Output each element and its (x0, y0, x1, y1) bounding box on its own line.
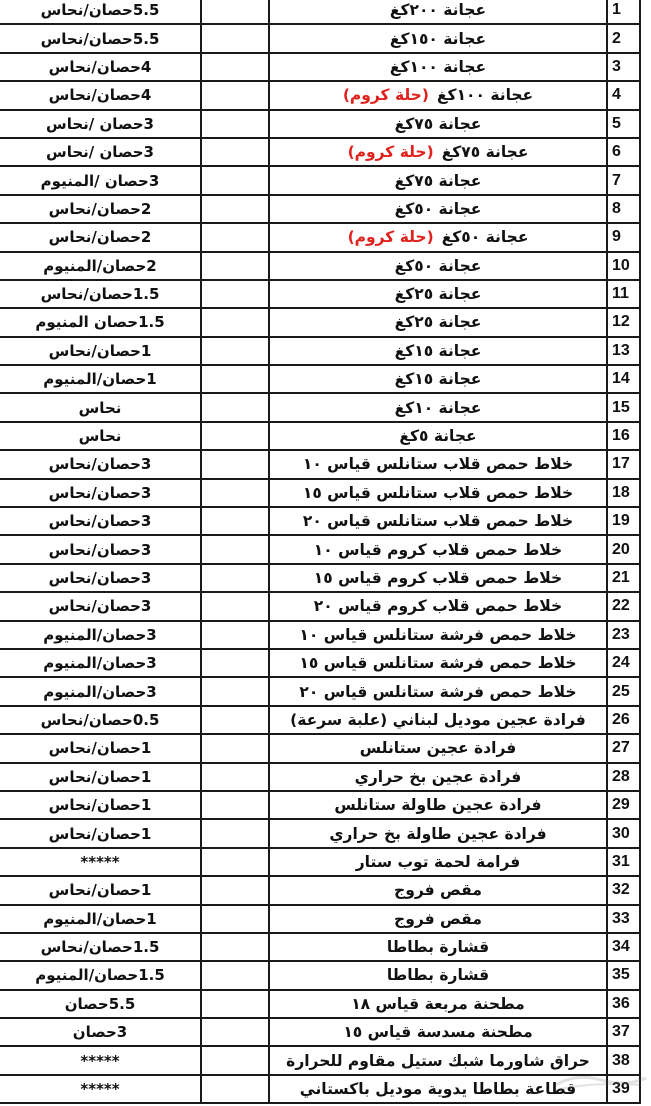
item-cell: عجانة ١٥٠كغ (269, 24, 607, 52)
table-row: 3حصان مطحنة مسدسة قياس ١٥ 37 (0, 1018, 640, 1046)
item-name: خلاط حمص قلاب ستانلس قياس ٢٠ (303, 512, 573, 530)
row-number-cell: 26 (607, 706, 640, 734)
power-material-cell: 3حصان/نحاس (0, 479, 201, 507)
power-material-cell: 5.5حصان/نحاس (0, 24, 201, 52)
power-material-cell: 3حصان /نحاس (0, 138, 201, 166)
item-cell: فرادة عجين طاولة ستانلس (269, 791, 607, 819)
empty-cell (201, 592, 269, 620)
item-name: فرادة عجين ستانلس (360, 739, 516, 757)
row-number-cell: 11 (607, 280, 640, 308)
power-material-cell: 3حصان/نحاس (0, 450, 201, 478)
item-name: فرامة لحمة توب ستار (356, 853, 521, 871)
power-material-cell: 4حصان/نحاس (0, 81, 201, 109)
empty-cell (201, 365, 269, 393)
item-name: عجانة ١٠كغ (395, 399, 482, 417)
item-note: (حلة كروم) (348, 228, 434, 246)
empty-cell (201, 990, 269, 1018)
row-number-cell: 32 (607, 876, 640, 904)
power-material-cell: 5.5حصان/نحاس (0, 0, 201, 24)
empty-cell (201, 166, 269, 194)
empty-cell (201, 422, 269, 450)
item-name: خلاط حمص قلاب كروم قياس ١٥ (314, 569, 562, 587)
item-cell: خلاط حمص قلاب ستانلس قياس ١٥ (269, 479, 607, 507)
row-number-cell: 16 (607, 422, 640, 450)
row-number-cell: 23 (607, 621, 640, 649)
item-name: عجانة ٥٠كغ (442, 228, 529, 246)
item-name: خلاط حمص قلاب كروم قياس ٢٠ (314, 597, 562, 615)
table-row: 1حصان/المنيوم مقص فروج 33 (0, 905, 640, 933)
empty-cell (201, 1075, 269, 1103)
power-material-cell: 1حصان/المنيوم (0, 905, 201, 933)
item-name: قشارة بطاطا (387, 938, 489, 956)
power-material-cell: 2حصان/نحاس (0, 195, 201, 223)
item-name: خلاط حمص قلاب ستانلس قياس ١٠ (303, 455, 573, 473)
row-number-cell: 7 (607, 166, 640, 194)
power-material-cell: 1حصان/نحاس (0, 876, 201, 904)
item-cell: عجانة ٢٥كغ (269, 308, 607, 336)
power-material-cell: 1حصان/نحاس (0, 734, 201, 762)
power-material-cell: 1حصان/نحاس (0, 337, 201, 365)
item-cell: عجانة ٥٠كغ(حلة كروم) (269, 223, 607, 251)
table-row: 5.5حصان مطحنة مربعة قياس ١٨ 36 (0, 990, 640, 1018)
power-material-cell: نحاس (0, 422, 201, 450)
empty-cell (201, 848, 269, 876)
item-name: عجانة ٥٠كغ (395, 200, 482, 218)
table-row: 3حصان/المنيوم خلاط حمص فرشة ستانلس قياس … (0, 649, 640, 677)
table-row: 2حصان/نحاس عجانة ٥٠كغ 8 (0, 195, 640, 223)
item-cell: فرامة لحمة توب ستار (269, 848, 607, 876)
empty-cell (201, 791, 269, 819)
row-number-cell: 35 (607, 961, 640, 989)
table-row: 3حصان/المنيوم خلاط حمص فرشة ستانلس قياس … (0, 621, 640, 649)
table-row: 1حصان/نحاس عجانة ١٥كغ 13 (0, 337, 640, 365)
item-name: قشارة بطاطا (387, 966, 489, 984)
empty-cell (201, 24, 269, 52)
empty-cell (201, 53, 269, 81)
item-note: (حلة كروم) (343, 86, 429, 104)
item-name: خلاط حمص قلاب ستانلس قياس ١٥ (303, 484, 573, 502)
item-cell: فرادة عجين ستانلس (269, 734, 607, 762)
row-number-cell: 33 (607, 905, 640, 933)
item-cell: مقص فروج (269, 905, 607, 933)
table-row: ***** حراق شاورما شبك ستيل مقاوم للحرارة… (0, 1046, 640, 1074)
item-cell: عجانة ٢٥كغ (269, 280, 607, 308)
row-number-cell: 19 (607, 507, 640, 535)
row-number-cell: 30 (607, 819, 640, 847)
item-cell: عجانة ٧٥كغ (269, 166, 607, 194)
row-number-cell: 2 (607, 24, 640, 52)
item-cell: عجانة ١٥كغ (269, 365, 607, 393)
power-material-cell: 3حصان/نحاس (0, 507, 201, 535)
power-material-cell: 3حصان /نحاس (0, 110, 201, 138)
row-number-cell: 28 (607, 763, 640, 791)
table-row: 1.5حصان/نحاس قشارة بطاطا 34 (0, 933, 640, 961)
item-name: عجانة ٧٥كغ (442, 143, 529, 161)
table-row: 1حصان/نحاس مقص فروج 32 (0, 876, 640, 904)
price-list-sheet: 5.5حصان/نحاس عجانة ٢٠٠كغ 1 5.5حصان/نحاس … (0, 0, 641, 1104)
item-name: عجانة ٢٥كغ (395, 313, 482, 331)
empty-cell (201, 706, 269, 734)
empty-cell (201, 649, 269, 677)
item-name: حراق شاورما شبك ستيل مقاوم للحرارة (286, 1052, 590, 1070)
item-name: مقص فروج (394, 881, 482, 899)
row-number-cell: 13 (607, 337, 640, 365)
item-cell: خلاط حمص قلاب كروم قياس ١٥ (269, 564, 607, 592)
power-material-cell: 1.5حصان المنيوم (0, 308, 201, 336)
item-name: مطحنة مربعة قياس ١٨ (351, 995, 525, 1013)
table-row: 3حصان/نحاس خلاط حمص قلاب ستانلس قياس ١٥ … (0, 479, 640, 507)
table-row: ***** فرامة لحمة توب ستار 31 (0, 848, 640, 876)
item-cell: فرادة عجين موديل لبناني (علبة سرعة) (269, 706, 607, 734)
row-number-cell: 25 (607, 677, 640, 705)
row-number-cell: 9 (607, 223, 640, 251)
item-cell: مطحنة مسدسة قياس ١٥ (269, 1018, 607, 1046)
empty-cell (201, 280, 269, 308)
table-row: نحاس عجانة ١٠كغ 15 (0, 393, 640, 421)
empty-cell (201, 961, 269, 989)
empty-cell (201, 223, 269, 251)
empty-cell (201, 81, 269, 109)
item-name: فرادة عجين طاولة ستانلس (334, 796, 541, 814)
empty-cell (201, 1046, 269, 1074)
item-name: فرادة عجين موديل لبناني (علبة سرعة) (290, 711, 586, 729)
power-material-cell: ***** (0, 1046, 201, 1074)
row-number-cell: 34 (607, 933, 640, 961)
row-number-cell: 6 (607, 138, 640, 166)
empty-cell (201, 564, 269, 592)
item-cell: عجانة ٥كغ (269, 422, 607, 450)
empty-cell (201, 308, 269, 336)
table-row: 4حصان/نحاس عجانة ١٠٠كغ(حلة كروم) 4 (0, 81, 640, 109)
item-name: خلاط حمص فرشة ستانلس قياس ٢٠ (299, 683, 576, 701)
power-material-cell: 3حصان/نحاس (0, 592, 201, 620)
row-number-cell: 24 (607, 649, 640, 677)
row-number-cell: 36 (607, 990, 640, 1018)
table-row: 5.5حصان/نحاس عجانة ٢٠٠كغ 1 (0, 0, 640, 24)
empty-cell (201, 110, 269, 138)
power-material-cell: 1حصان/نحاس (0, 791, 201, 819)
empty-cell (201, 535, 269, 563)
power-material-cell: 1حصان/المنيوم (0, 365, 201, 393)
empty-cell (201, 734, 269, 762)
power-material-cell: 4حصان/نحاس (0, 53, 201, 81)
row-number-cell: 5 (607, 110, 640, 138)
empty-cell (201, 1018, 269, 1046)
table-row: 1.5حصان/نحاس عجانة ٢٥كغ 11 (0, 280, 640, 308)
empty-cell (201, 621, 269, 649)
item-name: عجانة ١٠٠كغ (437, 86, 533, 104)
table-row: 1حصان/نحاس فرادة عجين طاولة ستانلس 29 (0, 791, 640, 819)
item-cell: عجانة ٥٠كغ (269, 195, 607, 223)
empty-cell (201, 195, 269, 223)
power-material-cell: 1حصان/نحاس (0, 819, 201, 847)
power-material-cell: 3حصان/المنيوم (0, 649, 201, 677)
row-number-cell: 18 (607, 479, 640, 507)
row-number-cell: 15 (607, 393, 640, 421)
table-row: 3حصان /نحاس عجانة ٧٥كغ(حلة كروم) 6 (0, 138, 640, 166)
item-cell: خلاط حمص قلاب كروم قياس ١٠ (269, 535, 607, 563)
row-number-cell: 10 (607, 252, 640, 280)
table-row: 2حصان/نحاس عجانة ٥٠كغ(حلة كروم) 9 (0, 223, 640, 251)
row-number-cell: 4 (607, 81, 640, 109)
item-cell: عجانة ٧٥كغ(حلة كروم) (269, 138, 607, 166)
item-name: عجانة ٧٥كغ (395, 115, 482, 133)
row-number-cell: 12 (607, 308, 640, 336)
item-cell: عجانة ١٠٠كغ (269, 53, 607, 81)
item-name: عجانة ١٥كغ (395, 342, 482, 360)
row-number-cell: 31 (607, 848, 640, 876)
empty-cell (201, 252, 269, 280)
empty-cell (201, 763, 269, 791)
power-material-cell: 3حصان/نحاس (0, 535, 201, 563)
empty-cell (201, 677, 269, 705)
power-material-cell: ***** (0, 1075, 201, 1103)
table-row: 3حصان/نحاس خلاط حمص قلاب كروم قياس ١٥ 21 (0, 564, 640, 592)
row-number-cell: 8 (607, 195, 640, 223)
item-name: عجانة ٢٠٠كغ (390, 1, 486, 19)
item-name: خلاط حمص فرشة ستانلس قياس ١٠ (299, 626, 576, 644)
item-name: مطحنة مسدسة قياس ١٥ (343, 1023, 532, 1041)
row-number-cell: 14 (607, 365, 640, 393)
item-cell: عجانة ١٥كغ (269, 337, 607, 365)
item-cell: خلاط حمص فرشة ستانلس قياس ١٠ (269, 621, 607, 649)
row-number-cell: 29 (607, 791, 640, 819)
item-name: مقص فروج (394, 910, 482, 928)
power-material-cell: 3حصان/المنيوم (0, 677, 201, 705)
item-name: عجانة ٢٥كغ (395, 285, 482, 303)
power-material-cell: 0.5حصان/نحاس (0, 706, 201, 734)
power-material-cell: نحاس (0, 393, 201, 421)
table-row: 3حصان /المنيوم عجانة ٧٥كغ 7 (0, 166, 640, 194)
table-row: ***** قطاعة بطاطا يدوية موديل باكستاني 3… (0, 1075, 640, 1103)
item-cell: قشارة بطاطا (269, 961, 607, 989)
row-number-cell: 21 (607, 564, 640, 592)
power-material-cell: 3حصان/المنيوم (0, 621, 201, 649)
item-name: خلاط حمص فرشة ستانلس قياس ١٥ (299, 654, 576, 672)
item-cell: مقص فروج (269, 876, 607, 904)
table-row: 4حصان/نحاس عجانة ١٠٠كغ 3 (0, 53, 640, 81)
table-row: 1حصان/نحاس فرادة عجين بخ حراري 28 (0, 763, 640, 791)
item-cell: عجانة ١٠٠كغ(حلة كروم) (269, 81, 607, 109)
item-cell: عجانة ٢٠٠كغ (269, 0, 607, 24)
item-name: عجانة ٧٥كغ (395, 172, 482, 190)
row-number-cell: 17 (607, 450, 640, 478)
power-material-cell: 1.5حصان/نحاس (0, 280, 201, 308)
empty-cell (201, 450, 269, 478)
row-number-cell: 3 (607, 53, 640, 81)
item-note: (حلة كروم) (348, 143, 434, 161)
table-row: 2حصان/المنيوم عجانة ٥٠كغ 10 (0, 252, 640, 280)
power-material-cell: 3حصان /المنيوم (0, 166, 201, 194)
item-cell: خلاط حمص قلاب ستانلس قياس ١٠ (269, 450, 607, 478)
item-name: عجانة ١٥٠كغ (390, 30, 486, 48)
table-row: 3حصان/المنيوم خلاط حمص فرشة ستانلس قياس … (0, 677, 640, 705)
empty-cell (201, 905, 269, 933)
row-number-cell: 22 (607, 592, 640, 620)
power-material-cell: ***** (0, 848, 201, 876)
item-cell: فرادة عجين بخ حراري (269, 763, 607, 791)
empty-cell (201, 337, 269, 365)
watermark-logo-icon (551, 1070, 651, 1092)
power-material-cell: 3حصان/نحاس (0, 564, 201, 592)
table-row: 5.5حصان/نحاس عجانة ١٥٠كغ 2 (0, 24, 640, 52)
row-number-cell: 27 (607, 734, 640, 762)
power-material-cell: 1.5حصان/المنيوم (0, 961, 201, 989)
table-row: 3حصان/نحاس خلاط حمص قلاب كروم قياس ١٠ 20 (0, 535, 640, 563)
item-name: عجانة ١٠٠كغ (390, 58, 486, 76)
item-name: فرادة عجين بخ حراري (355, 768, 522, 786)
table-row: 1حصان/نحاس فرادة عجين طاولة بخ حراري 30 (0, 819, 640, 847)
power-material-cell: 2حصان/المنيوم (0, 252, 201, 280)
item-name: عجانة ١٥كغ (395, 370, 482, 388)
equipment-table: 5.5حصان/نحاس عجانة ٢٠٠كغ 1 5.5حصان/نحاس … (0, 0, 641, 1104)
table-row: 3حصان /نحاس عجانة ٧٥كغ 5 (0, 110, 640, 138)
item-cell: خلاط حمص فرشة ستانلس قياس ٢٠ (269, 677, 607, 705)
item-cell: مطحنة مربعة قياس ١٨ (269, 990, 607, 1018)
item-cell: قشارة بطاطا (269, 933, 607, 961)
item-cell: خلاط حمص قلاب كروم قياس ٢٠ (269, 592, 607, 620)
table-row: 1.5حصان المنيوم عجانة ٢٥كغ 12 (0, 308, 640, 336)
table-row: 0.5حصان/نحاس فرادة عجين موديل لبناني (عل… (0, 706, 640, 734)
table-row: نحاس عجانة ٥كغ 16 (0, 422, 640, 450)
power-material-cell: 1.5حصان/نحاس (0, 933, 201, 961)
item-cell: عجانة ٧٥كغ (269, 110, 607, 138)
empty-cell (201, 479, 269, 507)
equipment-table-body: 5.5حصان/نحاس عجانة ٢٠٠كغ 1 5.5حصان/نحاس … (0, 0, 640, 1103)
item-cell: فرادة عجين طاولة بخ حراري (269, 819, 607, 847)
item-name: قطاعة بطاطا يدوية موديل باكستاني (300, 1080, 576, 1098)
item-cell: خلاط حمص قلاب ستانلس قياس ٢٠ (269, 507, 607, 535)
empty-cell (201, 819, 269, 847)
table-row: 1.5حصان/المنيوم قشارة بطاطا 35 (0, 961, 640, 989)
item-name: خلاط حمص قلاب كروم قياس ١٠ (314, 541, 562, 559)
item-name: عجانة ٥كغ (399, 427, 476, 445)
empty-cell (201, 876, 269, 904)
table-row: 3حصان/نحاس خلاط حمص قلاب ستانلس قياس ٢٠ … (0, 507, 640, 535)
table-row: 1حصان/المنيوم عجانة ١٥كغ 14 (0, 365, 640, 393)
item-name: فرادة عجين طاولة بخ حراري (329, 825, 546, 843)
table-row: 3حصان/نحاس خلاط حمص قلاب ستانلس قياس ١٠ … (0, 450, 640, 478)
empty-cell (201, 933, 269, 961)
row-number-cell: 37 (607, 1018, 640, 1046)
row-number-cell: 1 (607, 0, 640, 24)
empty-cell (201, 0, 269, 24)
power-material-cell: 1حصان/نحاس (0, 763, 201, 791)
item-cell: عجانة ٥٠كغ (269, 252, 607, 280)
table-row: 1حصان/نحاس فرادة عجين ستانلس 27 (0, 734, 640, 762)
row-number-cell: 20 (607, 535, 640, 563)
item-cell: خلاط حمص فرشة ستانلس قياس ١٥ (269, 649, 607, 677)
power-material-cell: 5.5حصان (0, 990, 201, 1018)
power-material-cell: 2حصان/نحاس (0, 223, 201, 251)
table-row: 3حصان/نحاس خلاط حمص قلاب كروم قياس ٢٠ 22 (0, 592, 640, 620)
item-cell: عجانة ١٠كغ (269, 393, 607, 421)
empty-cell (201, 393, 269, 421)
item-name: عجانة ٥٠كغ (395, 257, 482, 275)
power-material-cell: 3حصان (0, 1018, 201, 1046)
empty-cell (201, 138, 269, 166)
empty-cell (201, 507, 269, 535)
